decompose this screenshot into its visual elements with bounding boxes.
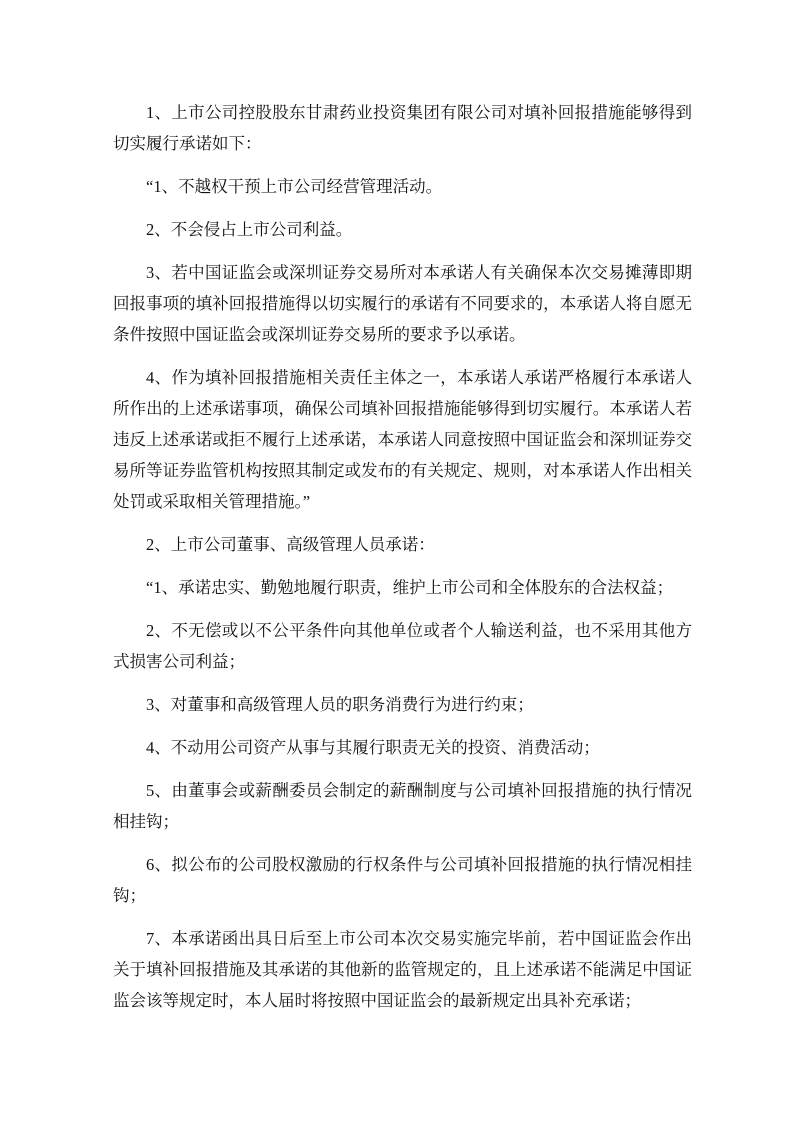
paragraph: “1、承诺忠实、勤勉地履行职责，维护上市公司和全体股东的合法权益； [113, 572, 692, 603]
document-page: 1、上市公司控股股东甘肃药业投资集团有限公司对填补回报措施能够得到切实履行承诺如… [0, 0, 793, 1122]
paragraph: 2、不会侵占上市公司利益。 [113, 214, 692, 245]
paragraph: 1、上市公司控股股东甘肃药业投资集团有限公司对填补回报措施能够得到切实履行承诺如… [113, 97, 692, 159]
paragraph: “1、不越权干预上市公司经营管理活动。 [113, 171, 692, 202]
paragraph: 2、上市公司董事、高级管理人员承诺： [113, 529, 692, 560]
paragraph: 2、不无偿或以不公平条件向其他单位或者个人输送利益，也不采用其他方式损害公司利益… [113, 615, 692, 677]
paragraph: 7、本承诺函出具日后至上市公司本次交易实施完毕前，若中国证监会作出关于填补回报措… [113, 923, 692, 1016]
paragraph: 3、若中国证监会或深圳证券交易所对本承诺人有关确保本次交易摊薄即期回报事项的填补… [113, 257, 692, 350]
paragraph: 3、对董事和高级管理人员的职务消费行为进行约束； [113, 689, 692, 720]
document-content: 1、上市公司控股股东甘肃药业投资集团有限公司对填补回报措施能够得到切实履行承诺如… [113, 97, 692, 1016]
paragraph: 4、不动用公司资产从事与其履行职责无关的投资、消费活动； [113, 732, 692, 763]
paragraph: 4、作为填补回报措施相关责任主体之一，本承诺人承诺严格履行本承诺人所作出的上述承… [113, 362, 692, 517]
paragraph: 6、拟公布的公司股权激励的行权条件与公司填补回报措施的执行情况相挂钩； [113, 849, 692, 911]
paragraph: 5、由董事会或薪酬委员会制定的薪酬制度与公司填补回报措施的执行情况相挂钩； [113, 775, 692, 837]
